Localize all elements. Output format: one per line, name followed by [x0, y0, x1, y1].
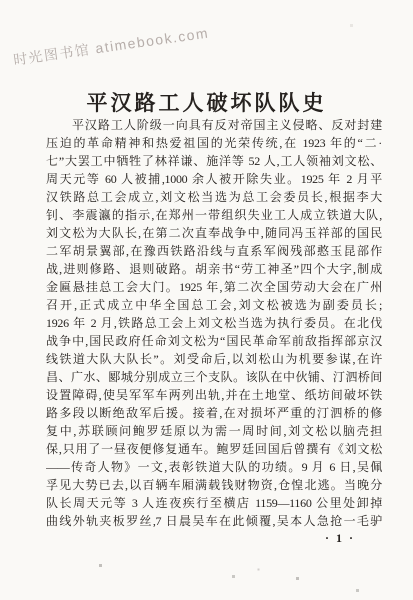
scanned-book-page: 时光图书馆 atimebook.com 平汉路工人破坏队队史 平汉路工人阶级一向… — [0, 0, 413, 600]
text-line: 1926 年 2 月,铁路总工会上刘文松当选为执行委员。在北伐 — [46, 314, 382, 332]
text-line: 金匾悬挂总工会大门。1925 年,第二次全国劳动大会在广州 — [46, 278, 382, 296]
text-line: 战争中,国民政府任命刘文松为“国民革命军前敌指挥部京汉 — [46, 332, 382, 350]
text-line: 压迫的革命精神和热爱祖国的光荣传统,在 1923 年的“二· — [46, 134, 382, 152]
text-line: 路多段以断绝敌军后援。接着,在对损坏严重的汀泗桥的修 — [46, 404, 382, 422]
body-text: 平汉路工人阶级一向具有反对帝国主义侵略、反对封建压迫的革命精神和热爱祖国的光荣传… — [46, 116, 382, 530]
text-line: 设置障碍,使吴军军车两列出轨,并在土地堂、纸坊间破坏铁 — [46, 386, 382, 404]
text-line: 线铁道大队大队长”。刘受命后,以刘松山为机要参谋,在许 — [46, 350, 382, 368]
text-line: 汉铁路总工会成立,刘文松当选为总工会委员长,根据李大 — [46, 188, 382, 206]
text-line: 战,进则修路、退则破路。胡亲书“劳工神圣”四个大字,制成 — [46, 260, 382, 278]
text-line: 召开,正式成立中华全国总工会,刘文松被选为副委员长; — [46, 296, 382, 314]
text-line: 七”大罢工中牺牲了林祥谦、施洋等 52 人,工人领袖刘文松、 — [46, 152, 382, 170]
text-line: 孚见大势已去,以百辆车厢满载钱财物资,仓惶北逃。当晚分 — [46, 476, 382, 494]
text-line: 曲线外轨夹板罗丝,7 日晨吴车在此倾覆,吴本人急抢一毛驴 — [46, 512, 382, 530]
text-line: 昌、广水、郾城分别成立三个支队。该队在中伙铺、汀泗桥间 — [46, 368, 382, 386]
text-line: 周天元等 60 人被捕,1000 余人被开除失业。1925 年 2 月平 — [46, 170, 382, 188]
text-line: 平汉路工人阶级一向具有反对帝国主义侵略、反对封建 — [46, 116, 382, 134]
text-line: ——传奇人物》一文,表彰铁道大队的功绩。9 月 6 日,吴佩 — [46, 458, 382, 476]
library-watermark: 时光图书馆 atimebook.com — [12, 23, 210, 70]
text-line: 刘文松为大队长,在第二次直奉战争中,随同冯玉祥部的国民 — [46, 224, 382, 242]
text-line: 保,只用了一昼夜便修复通车。鲍罗廷回国后曾撰有《刘文松 — [46, 440, 382, 458]
text-line: 二军胡景翼部,在豫西铁路沿线与直系军阀残部憨玉昆部作 — [46, 242, 382, 260]
page-number: · 1 · — [325, 531, 355, 546]
scan-noise-specks — [0, 0, 1, 1]
text-line: 复中,苏联顾问鲍罗廷原以为需一周时间,刘文松以脑壳担 — [46, 422, 382, 440]
text-line: 钊、李震瀛的指示,在郑州一带组织失业工人成立铁道大队, — [46, 206, 382, 224]
text-line: 队长周天元等 3 人连夜疾行至横店 1159—1160 公里处卸掉 — [46, 494, 382, 512]
page-title: 平汉路工人破坏队队史 — [0, 87, 413, 117]
